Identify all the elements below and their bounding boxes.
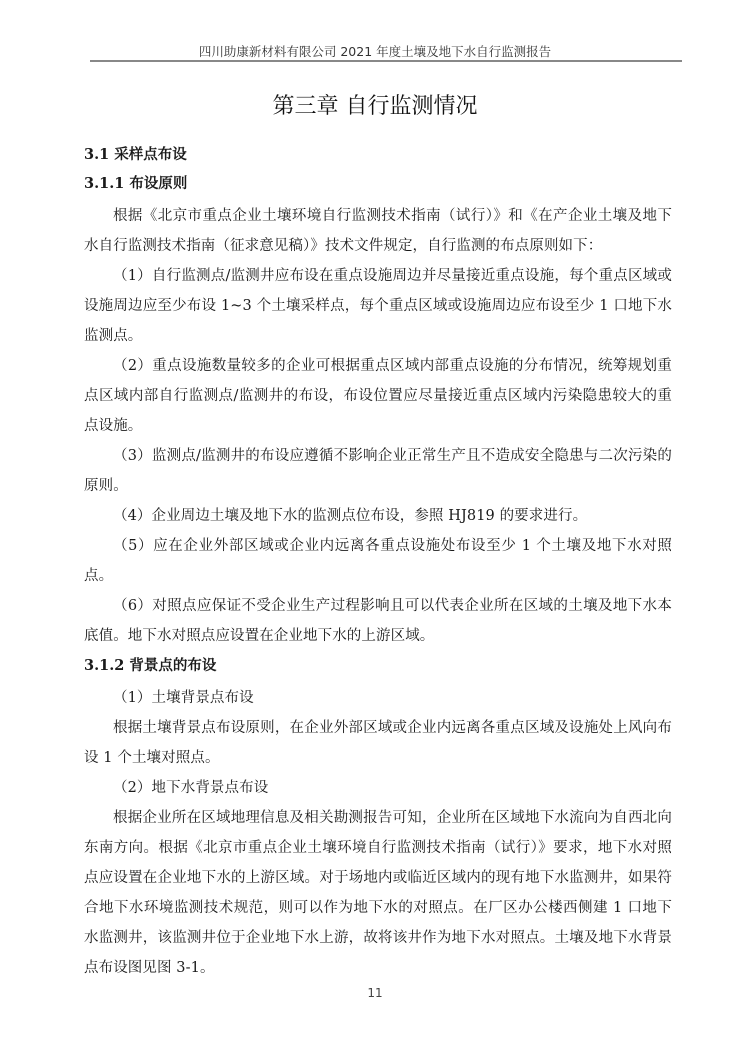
paragraph: （2）地下水背景点布设 [84,773,672,803]
paragraph: 根据企业所在区域地理信息及相关勘测报告可知，企业所在区域地下水流向为自西北向东南… [84,803,672,983]
section-heading-3-1: 3.1 采样点布设 [84,140,672,169]
paragraph: 根据土壤背景点布设原则，在企业外部区域或企业内远离各重点区域及设施处上风向布设 … [84,713,672,773]
section-heading-3-1-1: 3.1.1 布设原则 [84,169,672,198]
page-number: 11 [0,986,750,1000]
running-header: 四川助康新材料有限公司 2021 年度土壤及地下水自行监测报告 [0,42,750,60]
page-body: 3.1 采样点布设 3.1.1 布设原则 根据《北京市重点企业土壤环境自行监测技… [84,140,672,983]
header-divider [90,60,682,62]
paragraph: （3）监测点/监测井的布设应遵循不影响企业正常生产且不造成安全隐患与二次污染的原… [84,441,672,501]
paragraph: （6）对照点应保证不受企业生产过程影响且可以代表企业所在区域的土壤及地下水本底值… [84,591,672,651]
paragraph: （1）自行监测点/监测井应布设在重点设施周边并尽量接近重点设施，每个重点区域或设… [84,261,672,351]
paragraph: 根据《北京市重点企业土壤环境自行监测技术指南（试行）》和《在产企业土壤及地下水自… [84,201,672,261]
paragraph: （1）土壤背景点布设 [84,683,672,713]
section-heading-3-1-2: 3.1.2 背景点的布设 [84,651,672,680]
chapter-title: 第三章 自行监测情况 [0,89,750,120]
paragraph: （2）重点设施数量较多的企业可根据重点区域内部重点设施的分布情况，统筹规划重点区… [84,351,672,441]
paragraph: （5）应在企业外部区域或企业内远离各重点设施处布设至少 1 个土壤及地下水对照点… [84,531,672,591]
paragraph: （4）企业周边土壤及地下水的监测点位布设，参照 HJ819 的要求进行。 [84,501,672,531]
